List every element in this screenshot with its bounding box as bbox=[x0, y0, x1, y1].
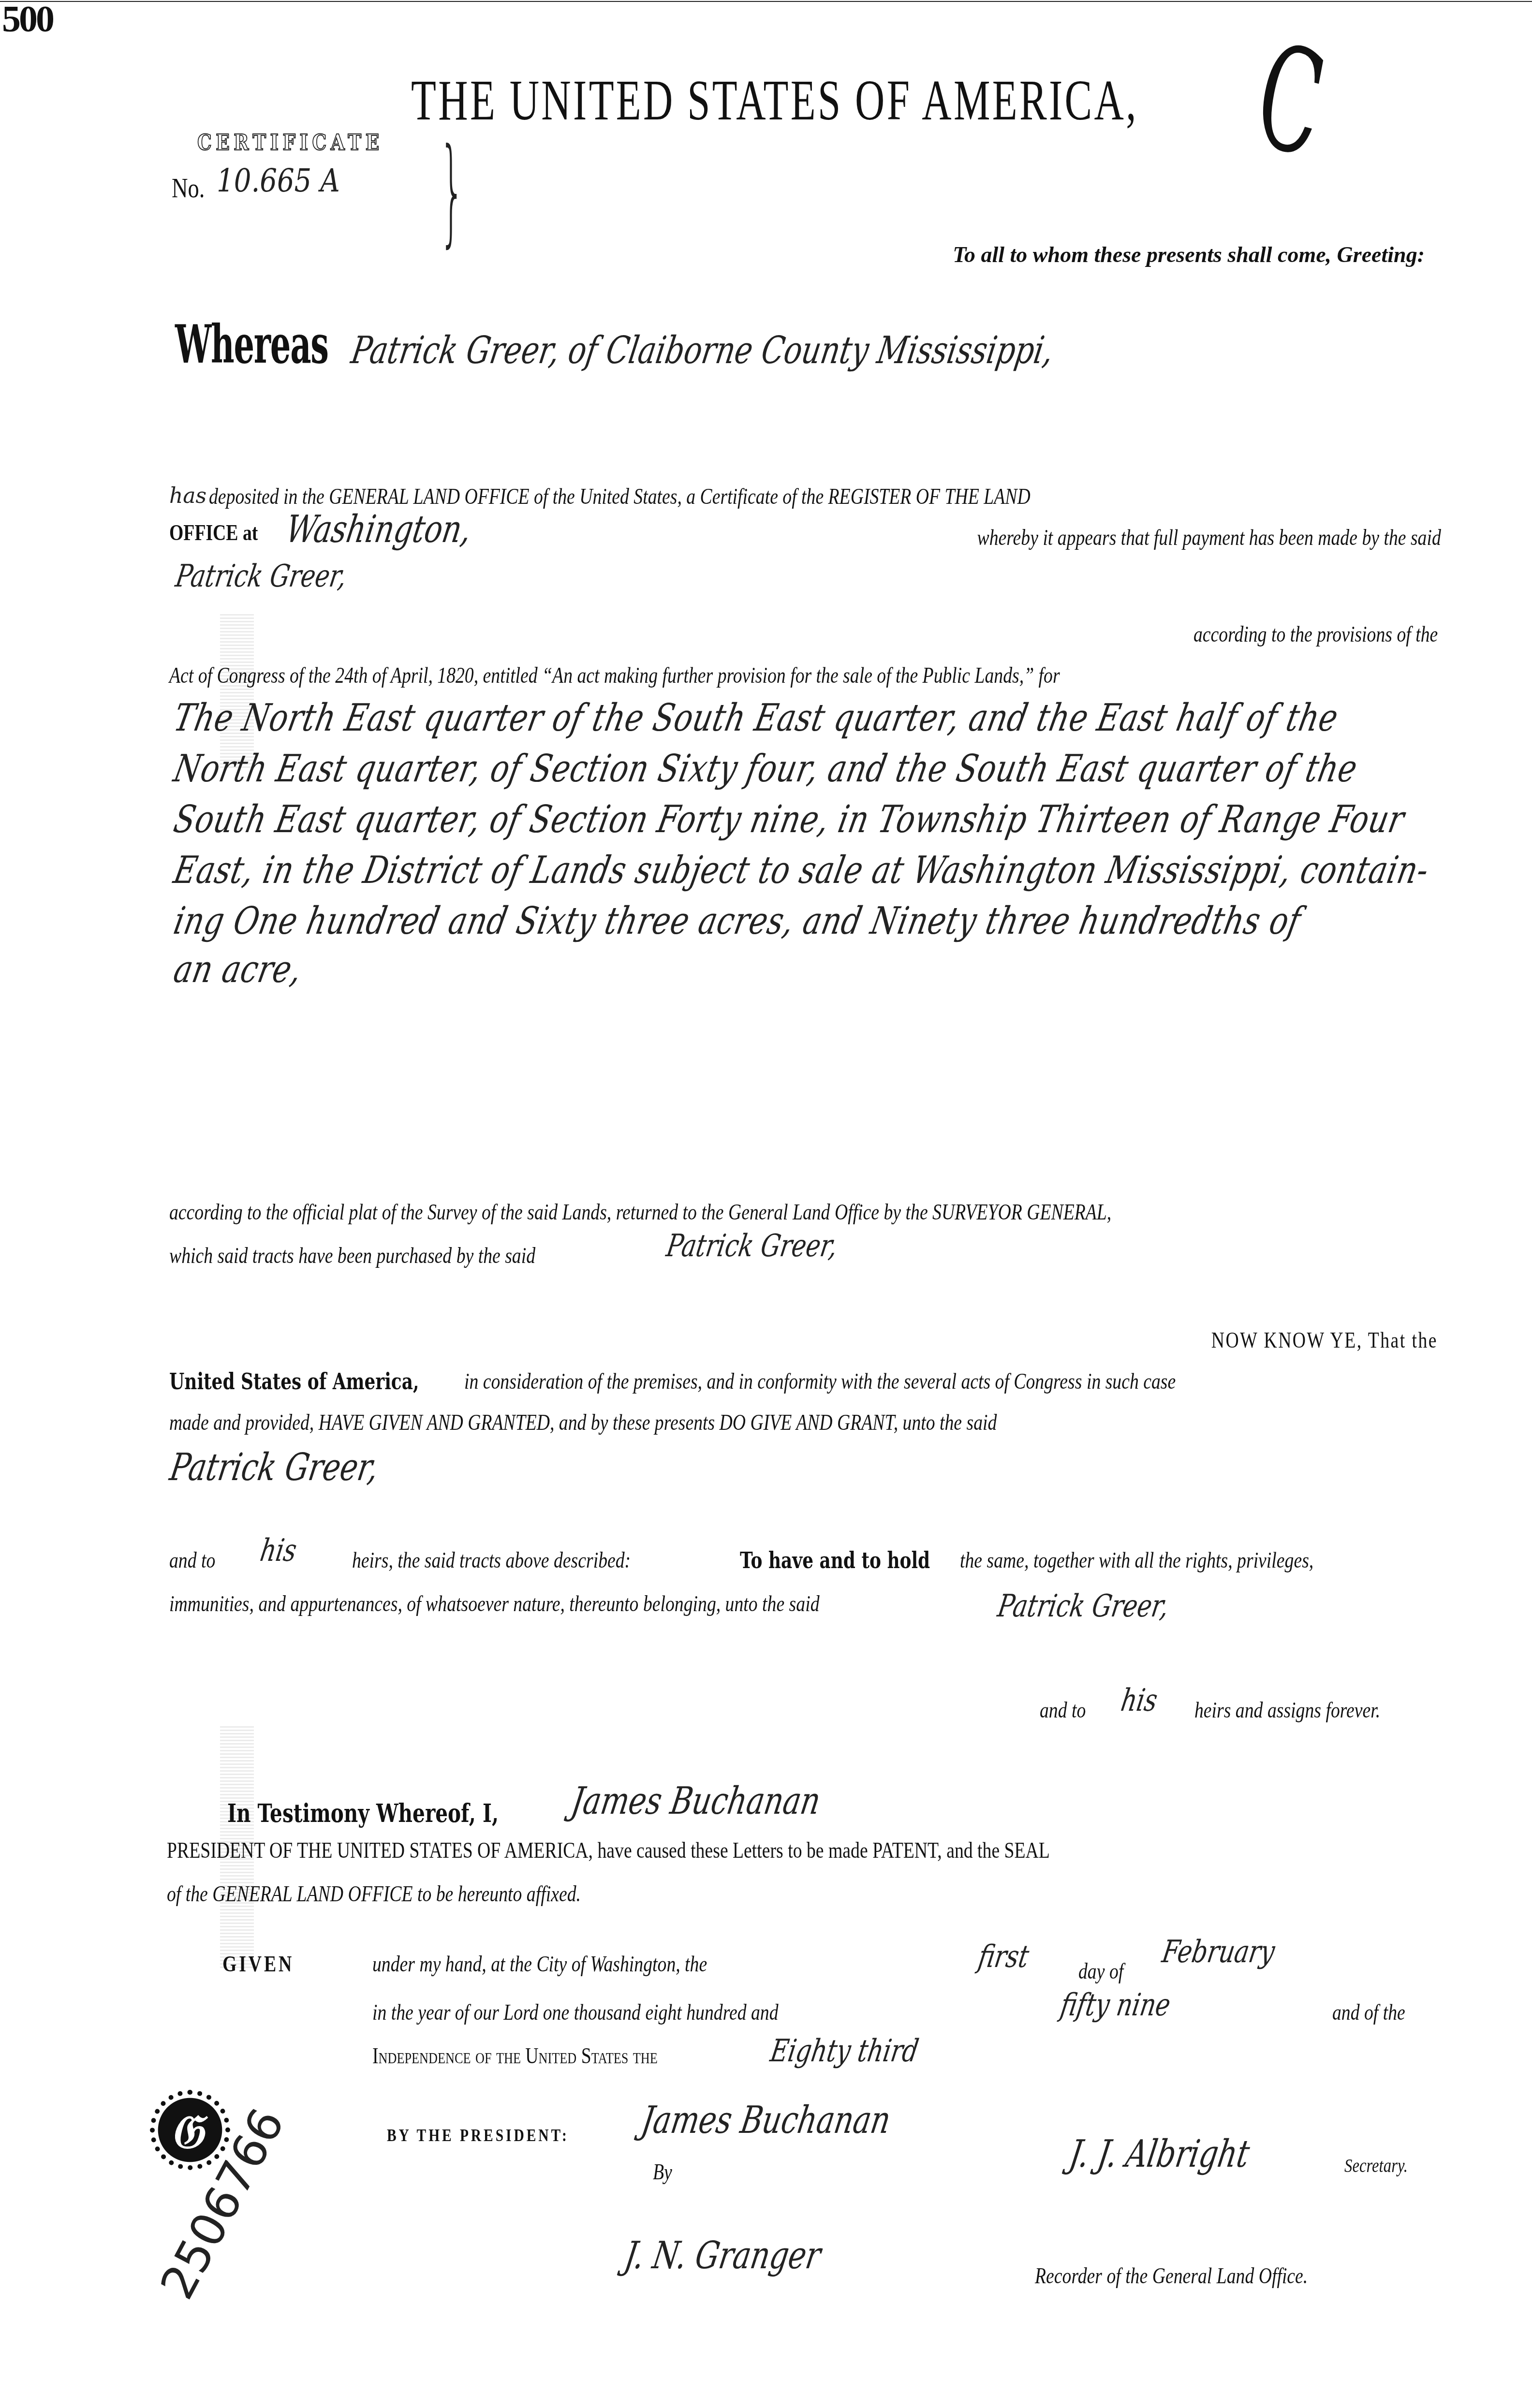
grant-line-5: heirs and assigns forever. bbox=[1194, 1697, 1380, 1723]
payer-name: Patrick Greer, bbox=[173, 558, 349, 594]
recorder-signature: J. N. Granger bbox=[621, 2234, 824, 2277]
testimony-lead: In Testimony Whereof, I, bbox=[227, 1799, 499, 1828]
day-handwritten: first bbox=[976, 1939, 1031, 1975]
land-description-line: an acre, bbox=[170, 948, 306, 991]
land-description-line: The North East quarter of the South East… bbox=[170, 696, 1342, 740]
by-the-president: BY THE PRESIDENT: bbox=[387, 2125, 569, 2145]
testimony-line-1: PRESIDENT OF THE UNITED STATES OF AMERIC… bbox=[167, 1837, 1050, 1863]
land-description-line: ing One hundred and Sixty three acres, a… bbox=[170, 899, 1305, 943]
grantee-name-county: Patrick Greer, of Claiborne County Missi… bbox=[348, 329, 1057, 372]
testimony-line-2: of the GENERAL LAND OFFICE to be hereunt… bbox=[167, 1881, 581, 1907]
deposit-line-2: whereby it appears that full payment has… bbox=[977, 525, 1441, 550]
day-of: day of bbox=[1078, 1958, 1123, 1984]
survey-line-2: which said tracts have been purchased by… bbox=[169, 1243, 535, 1268]
by-label: By bbox=[653, 2159, 672, 2185]
independence-year-handwritten: Eighty third bbox=[768, 2033, 921, 2069]
land-description-line: South East quarter, of Section Forty nin… bbox=[170, 798, 1408, 841]
grant-line-3-mid: heirs, the said tracts above described: bbox=[352, 1547, 631, 1573]
certificate-number-label: No. bbox=[172, 172, 205, 204]
pronoun-his-2: his bbox=[1119, 1683, 1160, 1718]
purchaser-name: Patrick Greer, bbox=[664, 1228, 840, 1264]
certificate-number-value: 10.665 A bbox=[217, 162, 340, 199]
recorder-label: Recorder of the General Land Office. bbox=[1035, 2263, 1308, 2289]
habendum: To have and to hold bbox=[740, 1547, 930, 1573]
whereas-lead: Whereas bbox=[175, 314, 328, 375]
grant-line-4: immunities, and appurtenances, of whatso… bbox=[169, 1591, 820, 1616]
land-description-line: North East quarter, of Section Sixty fou… bbox=[170, 747, 1361, 791]
and-to-1: and to bbox=[169, 1547, 215, 1573]
secretary-signature: J. J. Albright bbox=[1066, 2132, 1252, 2176]
paper-stain bbox=[220, 614, 254, 769]
united-states-blackletter: United States of America, bbox=[169, 1368, 419, 1395]
president-name: James Buchanan bbox=[568, 1779, 824, 1823]
secretary-label: Secretary. bbox=[1344, 2154, 1408, 2177]
given-line-2-suffix: and of the bbox=[1332, 1999, 1405, 2025]
now-know-ye: NOW KNOW YE, That the bbox=[1211, 1327, 1438, 1353]
survey-line-1: according to the official plat of the Su… bbox=[169, 1199, 1111, 1225]
land-office-location: Washington, bbox=[283, 508, 474, 551]
act-of-congress-line: Act of Congress of the 24th of April, 18… bbox=[169, 662, 1060, 688]
seal-glyph-icon: 𝔊 bbox=[170, 2104, 203, 2160]
given-lead: GIVEN bbox=[222, 1951, 294, 1977]
year-handwritten: fifty nine bbox=[1058, 1987, 1173, 2023]
top-border-line bbox=[0, 1, 1532, 2]
given-line-1: under my hand, at the City of Washington… bbox=[372, 1951, 707, 1977]
grant-line-1: in consideration of the premises, and in… bbox=[464, 1368, 1176, 1394]
pronoun-his-1: his bbox=[258, 1533, 299, 1569]
corner-handwritten-mark: C bbox=[1254, 10, 1327, 192]
office-at-label: OFFICE at bbox=[169, 520, 258, 545]
grantee-name-3: Patrick Greer, bbox=[995, 1588, 1171, 1624]
has-handwritten: has bbox=[169, 484, 206, 508]
deposit-line-1: deposited in the GENERAL LAND OFFICE of … bbox=[209, 484, 1031, 509]
grant-line-3-suffix: the same, together with all the rights, … bbox=[960, 1547, 1313, 1573]
brace-icon: } bbox=[439, 123, 465, 259]
page-number: 500 bbox=[2, 0, 53, 41]
certificate-label: CERTIFICATE bbox=[197, 131, 383, 155]
greeting: To all to whom these presents shall come… bbox=[953, 242, 1425, 267]
president-signature: James Buchanan bbox=[638, 2099, 894, 2142]
given-line-2: in the year of our Lord one thousand eig… bbox=[372, 1999, 779, 2025]
grantee-name-2: Patrick Greer, bbox=[167, 1446, 382, 1489]
general-land-office-seal: 𝔊 bbox=[154, 2094, 226, 2166]
land-description-line: East, in the District of Lands subject t… bbox=[170, 849, 1432, 892]
given-line-3: Independence of the United States the bbox=[372, 2043, 658, 2069]
and-to-2: and to bbox=[1040, 1697, 1086, 1723]
grant-line-2: made and provided, HAVE GIVEN AND GRANTE… bbox=[169, 1410, 997, 1435]
deposit-line-3: according to the provisions of the bbox=[1193, 621, 1438, 647]
document-title: THE UNITED STATES OF AMERICA, bbox=[411, 68, 1138, 133]
month-handwritten: February bbox=[1160, 1934, 1278, 1970]
